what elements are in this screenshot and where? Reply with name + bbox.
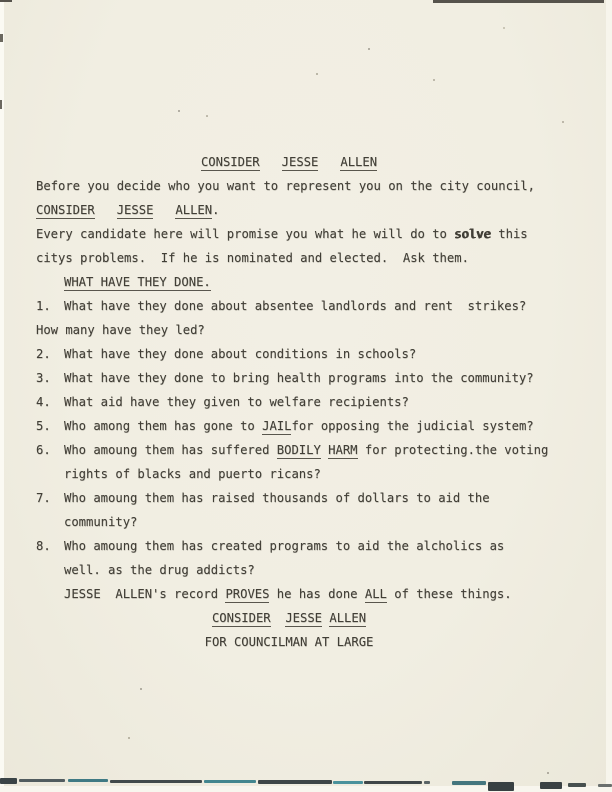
- bottom-scan-line-segment: [598, 784, 612, 787]
- paper-speck: [178, 110, 180, 112]
- item-number: 1.: [36, 294, 64, 318]
- item-number: 8.: [36, 534, 64, 558]
- bottom-scan-line-segment: [452, 781, 486, 785]
- doc-line: 3.What have they done to bring health pr…: [36, 366, 542, 390]
- item-number: 7.: [36, 486, 64, 510]
- text-segment: What have they done about absentee landl…: [64, 299, 526, 313]
- bottom-scan-line-segment: [19, 779, 65, 782]
- paper-speck: [206, 115, 208, 117]
- text-segment: Who amoung them has raised thousands of …: [64, 491, 490, 505]
- closing-office: FOR COUNCILMAN AT LARGE: [36, 630, 542, 654]
- section-heading: WHAT HAVE THEY DONE.: [36, 270, 542, 294]
- left-scan-edge: [0, 0, 4, 792]
- underlined-text: CONSIDER: [201, 155, 260, 171]
- doc-line: CONSIDER JESSE ALLEN.: [36, 198, 542, 222]
- underlined-text: ALLEN: [329, 611, 366, 627]
- doc-line: 2.What have they done about conditions i…: [36, 342, 542, 366]
- doc-line: citys problems. If he is nominated and e…: [36, 246, 542, 270]
- title-line: CONSIDER JESSE ALLEN: [36, 150, 542, 174]
- paper-speck: [368, 48, 370, 50]
- bottom-scan-line-segment: [110, 780, 202, 784]
- top-right-dark-strip: [433, 0, 604, 3]
- doc-line: Every candidate here will promise you wh…: [36, 222, 542, 246]
- text-segment: What have they done about conditions in …: [64, 347, 416, 361]
- doc-line: Before you decide who you want to repres…: [36, 174, 542, 198]
- underlined-text: JAIL: [262, 419, 291, 435]
- text-segment: Who amoung them has suffered: [64, 443, 277, 457]
- underlined-text: BODILY: [277, 443, 321, 459]
- doc-line: 7.Who amoung them has raised thousands o…: [36, 486, 542, 510]
- scanned-page: CONSIDER JESSE ALLENBefore you decide wh…: [0, 0, 612, 792]
- bottom-scan-line-segment: [540, 782, 562, 789]
- item-number: 2.: [36, 342, 64, 366]
- text-segment: solve: [454, 227, 491, 241]
- underlined-text: CONSIDER: [36, 203, 95, 219]
- text-segment: he has done: [269, 587, 364, 601]
- document-content: CONSIDER JESSE ALLENBefore you decide wh…: [36, 150, 542, 654]
- paper-speck: [128, 737, 130, 739]
- bottom-scan-line-segment: [364, 781, 422, 785]
- doc-line: How many have they led?: [36, 318, 542, 342]
- underlined-text: WHAT HAVE THEY DONE.: [64, 275, 211, 291]
- text-segment: JESSE ALLEN's record: [64, 587, 225, 601]
- text-segment: for opposing the judicial system?: [291, 419, 533, 433]
- text-segment: rights of blacks and puerto ricans?: [64, 467, 321, 481]
- underlined-text: JESSE: [117, 203, 154, 219]
- item-number: 5.: [36, 414, 64, 438]
- underlined-text: JESSE: [282, 155, 319, 171]
- paper-speck: [316, 73, 318, 75]
- item-number: 6.: [36, 438, 64, 462]
- text-segment: [318, 155, 340, 169]
- item-number: 4.: [36, 390, 64, 414]
- text-segment: this: [491, 227, 528, 241]
- bottom-scan-line-segment: [258, 780, 332, 784]
- bottom-scan-line-segment: [204, 780, 256, 783]
- text-segment: .: [212, 203, 219, 217]
- bottom-scan-line-segment: [333, 781, 363, 784]
- text-segment: How many have they led?: [36, 323, 205, 337]
- item-number: 3.: [36, 366, 64, 390]
- doc-line: rights of blacks and puerto ricans?: [36, 462, 542, 486]
- text-segment: for protecting.the voting: [358, 443, 549, 457]
- underlined-text: ALL: [365, 587, 387, 603]
- doc-line: 5.Who among them has gone to JAILfor opp…: [36, 414, 542, 438]
- bottom-scan-line-segment: [488, 782, 514, 791]
- paper-speck: [547, 772, 549, 774]
- underlined-text: JESSE: [285, 611, 322, 627]
- doc-line: 1.What have they done about absentee lan…: [36, 294, 542, 318]
- text-segment: of these things.: [387, 587, 512, 601]
- text-segment: Who among them has gone to: [64, 419, 262, 433]
- underlined-text: ALLEN: [340, 155, 377, 171]
- bottom-scan-line-segment: [68, 779, 108, 782]
- text-segment: What aid have they given to welfare reci…: [64, 395, 409, 409]
- paper-speck: [140, 688, 142, 690]
- text-segment: [271, 611, 286, 625]
- text-segment: well. as the drug addicts?: [64, 563, 255, 577]
- paper-speck: [503, 27, 505, 29]
- text-segment: Every candidate here will promise you wh…: [36, 227, 454, 241]
- doc-line: 4.What aid have they given to welfare re…: [36, 390, 542, 414]
- doc-line: well. as the drug addicts?: [36, 558, 542, 582]
- doc-line: 8.Who amoung them has created programs t…: [36, 534, 542, 558]
- underlined-text: ALLEN: [175, 203, 212, 219]
- text-segment: [153, 203, 175, 217]
- left-edge-nub-1: [0, 34, 3, 42]
- text-segment: [95, 203, 117, 217]
- paper-speck: [562, 121, 564, 123]
- underlined-text: HARM: [328, 443, 357, 459]
- text-segment: [260, 155, 282, 169]
- left-edge-nub-2: [0, 100, 2, 109]
- record-line: JESSE ALLEN's record PROVES he has done …: [36, 582, 542, 606]
- underlined-text: CONSIDER: [212, 611, 271, 627]
- bottom-scan-line-segment: [424, 781, 430, 784]
- doc-line: community?: [36, 510, 542, 534]
- doc-line: 6.Who amoung them has suffered BODILY HA…: [36, 438, 542, 462]
- text-segment: Who amoung them has created programs to …: [64, 539, 504, 553]
- right-scan-edge: [606, 0, 612, 792]
- bottom-scan-line-segment: [0, 778, 17, 784]
- text-segment: citys problems. If he is nominated and e…: [36, 251, 469, 265]
- top-left-dark-strip: [0, 0, 12, 2]
- bottom-scan-edge: [0, 786, 612, 792]
- paper-speck: [433, 79, 435, 81]
- text-segment: What have they done to bring health prog…: [64, 371, 534, 385]
- bottom-scan-line-segment: [568, 783, 586, 787]
- text-segment: community?: [64, 515, 137, 529]
- underlined-text: PROVES: [225, 587, 269, 603]
- closing-slogan: CONSIDER JESSE ALLEN: [36, 606, 542, 630]
- text-segment: Before you decide who you want to repres…: [36, 179, 535, 193]
- text-segment: FOR COUNCILMAN AT LARGE: [205, 635, 374, 649]
